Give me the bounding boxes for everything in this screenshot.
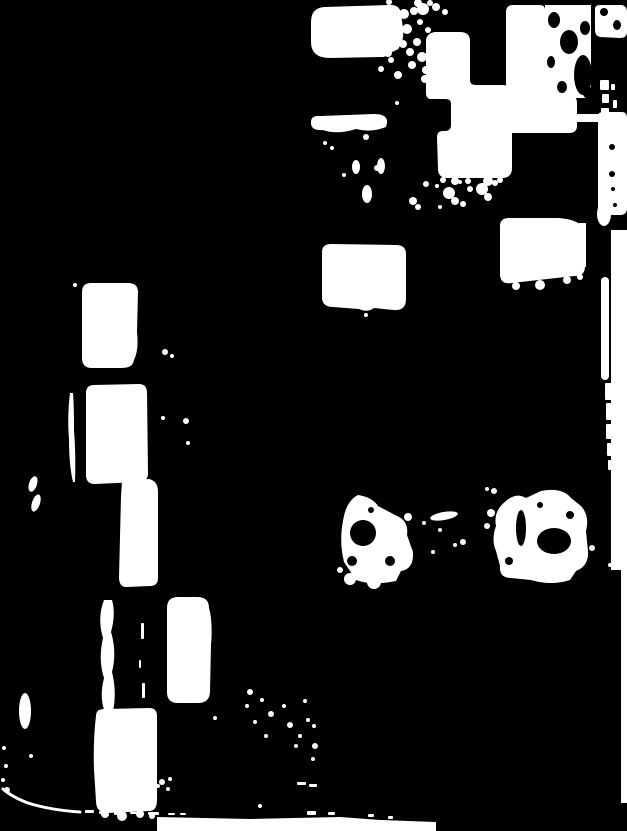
right-mid-ledge	[568, 114, 600, 122]
binary-image-canvas	[0, 0, 627, 831]
cluster-blob-left-hole	[350, 520, 376, 546]
band-wavy-bottom-left	[100, 600, 115, 712]
block-bottomright-of-s	[500, 218, 586, 283]
right-mid-block	[598, 112, 627, 215]
blob-far-left	[19, 693, 31, 729]
strip-diagonal-left	[119, 479, 158, 587]
block-bottomleft-of-s	[322, 244, 406, 311]
corner-patch-hole-2	[613, 20, 621, 30]
block-mid-left-1	[82, 283, 138, 368]
cluster-blob-right-hole-1	[516, 510, 526, 546]
block-mid-left-2	[86, 384, 148, 484]
corner-patch-top-right	[595, 5, 627, 38]
mottled-hole-6	[547, 56, 555, 68]
mottled-hole-1	[548, 12, 560, 28]
mottled-hole-5	[583, 87, 595, 99]
mottled-hole-7	[557, 81, 567, 93]
edge-strip-right	[611, 230, 627, 570]
bar-horizontal-left	[311, 114, 387, 132]
block-bottom-mid	[167, 597, 212, 703]
edge-line-bottom-right	[621, 570, 627, 803]
edge-strip-inner-sliver	[601, 277, 609, 380]
right-inner-blob	[597, 202, 611, 226]
mottled-hole-3	[580, 21, 590, 35]
binary-image-svg	[0, 0, 627, 831]
mottled-hole-2	[560, 30, 578, 54]
cluster-blob-right-hole-2	[537, 528, 571, 554]
block-bottom-left	[94, 708, 157, 813]
corner-patch-hole-1	[600, 8, 608, 16]
blob-below-bar-2	[377, 158, 385, 174]
blob-below-bar-1	[352, 160, 360, 174]
blob-below-bar-3	[362, 185, 372, 203]
